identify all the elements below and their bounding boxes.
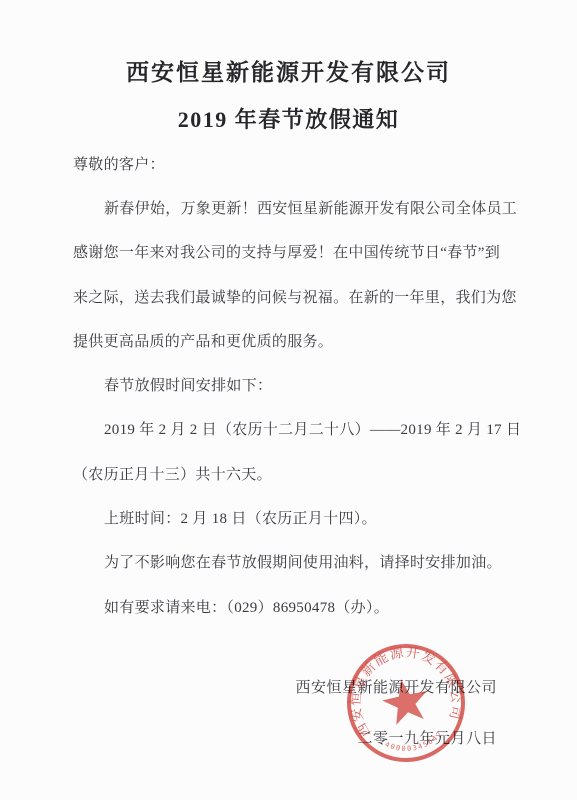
seal-star-icon — [379, 675, 433, 727]
body-line: 来之际，送去我们最诚挚的问候与祝福。在新的一年里，我们为您 — [73, 274, 517, 318]
body-line: 新春伊始，万象更新！西安恒星新能源开发有限公司全体员工 — [73, 185, 517, 229]
scanned-notice-document: 西安恒星新能源开发有限公司 2019 年春节放假通知 尊敬的客户： 新春伊始，万… — [0, 0, 577, 800]
body-line: 上班时间：2 月 18 日（农历正月十四）。 — [73, 495, 517, 539]
seal-graphic: 西安恒星新能源开发有限公司 40000345642 — [323, 620, 489, 786]
body-line: 为了不影响您在春节放假期间使用油料，请择时安排加油。 — [73, 540, 517, 584]
body-line: 尊敬的客户： — [73, 141, 517, 185]
notice-body: 尊敬的客户： 新春伊始，万象更新！西安恒星新能源开发有限公司全体员工 感谢您一年… — [73, 141, 517, 628]
company-title: 西安恒星新能源开发有限公司 — [0, 54, 577, 87]
body-line: 感谢您一年来对我公司的支持与厚爱！在中国传统节日“春节”到 — [73, 230, 517, 274]
body-line: 春节放假时间安排如下： — [73, 362, 517, 406]
body-line: 2019 年 2 月 2 日（农历十二月二十八）——2019 年 2 月 17 … — [73, 407, 517, 451]
company-seal-stamp: 西安恒星新能源开发有限公司 40000345642 — [323, 620, 489, 786]
seal-serial: 40000345642 — [382, 729, 446, 759]
notice-title: 2019 年春节放假通知 — [0, 103, 577, 134]
body-line: （农历正月十三）共十六天。 — [73, 451, 517, 495]
body-line: 提供更高品质的产品和更优质的服务。 — [73, 318, 517, 362]
